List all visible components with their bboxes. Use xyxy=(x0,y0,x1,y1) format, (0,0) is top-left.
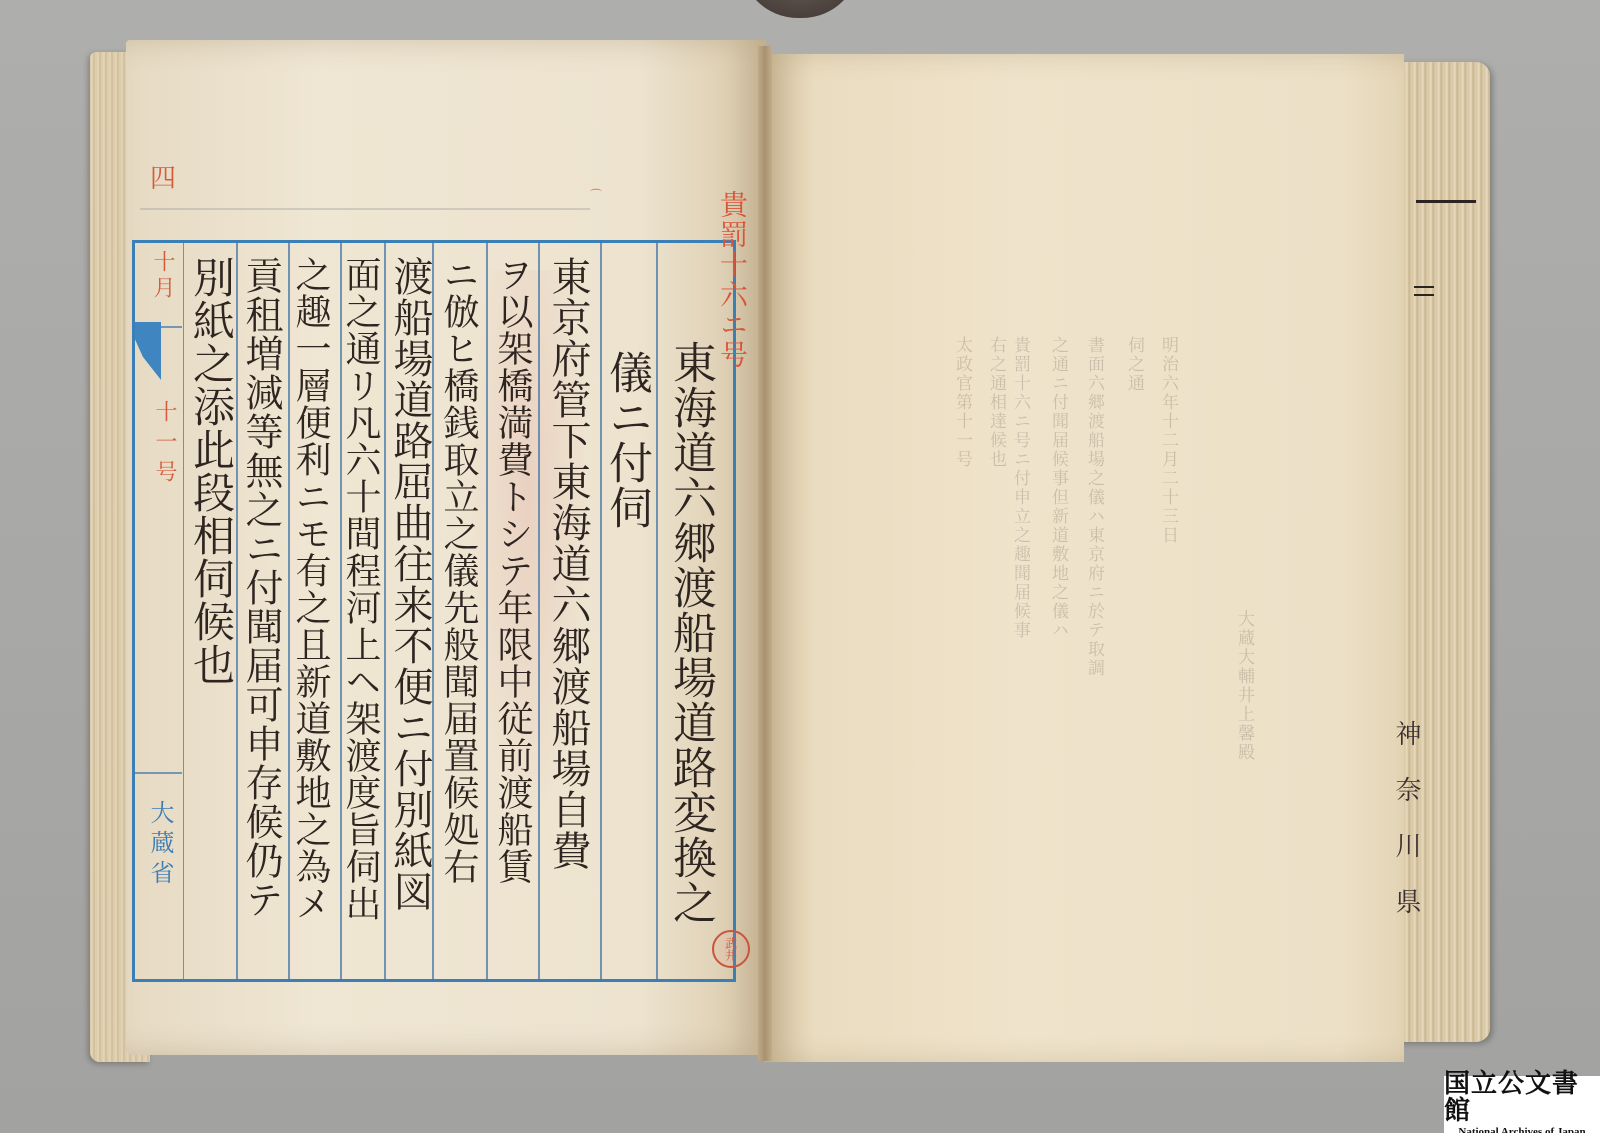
column-rule xyxy=(236,240,238,982)
manuscript-column-5: ニ倣ヒ橋銭取立之儀先般聞届置候処右 xyxy=(440,256,476,885)
manuscript-column-8: 之趣一層便利ニモ有之且新道敷地之為メ xyxy=(292,256,328,922)
fore-edge-mark xyxy=(1414,294,1434,296)
faint-header-rule xyxy=(140,208,590,210)
column-rule xyxy=(486,240,488,982)
manuscript-column-2: 儀ニ付伺 xyxy=(604,350,648,530)
column-rule xyxy=(656,240,658,982)
page-number: 四 xyxy=(150,158,178,195)
manuscript-column-3: 東京府管下東海道六郷渡船場自費 xyxy=(548,256,588,871)
fore-edge-mark xyxy=(1414,286,1434,288)
manuscript-column-4: ヲ以架橋満費トシテ年限中従前渡船賃 xyxy=(494,256,530,885)
ghost-text-column: 之通ニ付聞届候事但新道敷地之儀ハ xyxy=(1046,336,1071,640)
fore-edge-label: 神奈川県 xyxy=(1388,720,1425,944)
photo-stage: 四 ⌒ 十月 十一号 大蔵省 東海道六郷渡船場道路変換之 儀ニ付伺 東京府管下東… xyxy=(0,0,1600,1133)
manuscript-column-6: 渡船場道路屈曲往来不便ニ付別紙図 xyxy=(390,256,430,912)
fore-edge-mark xyxy=(1416,200,1476,203)
ghost-text-column: 貴罰十六ニ号ニ付申立之趣聞届候事 xyxy=(1008,336,1033,640)
manuscript-column-1: 東海道六郷渡船場道路変換之 xyxy=(668,340,712,925)
column-rule xyxy=(538,240,540,982)
ghost-text-column: 太政官第十一号 xyxy=(950,336,975,469)
margin-ministry-label: 大蔵省 xyxy=(144,800,178,890)
red-mark: ⌒ xyxy=(590,186,602,203)
ghost-text-column: 明治六年十二月二十三日 xyxy=(1156,336,1181,545)
archive-watermark: 国立公文書館 National Archives of Japan xyxy=(1444,1076,1600,1133)
ghost-text-column: 右之通相達候也 xyxy=(984,336,1009,469)
column-rule xyxy=(384,240,386,982)
manuscript-column-7: 面之通リ凡六十間程河上ヘ架渡度旨伺出 xyxy=(342,256,378,922)
margin-month: 十月 xyxy=(138,250,178,302)
ghost-text-column: 大蔵大輔井上馨殿 xyxy=(1232,610,1257,762)
ghost-text-column: 伺之通 xyxy=(1122,336,1147,393)
margin-divider xyxy=(134,772,182,774)
ghost-text-column: 書面六郷渡船場之儀ハ東京府ニ於テ取調 xyxy=(1082,336,1107,678)
watermark-english: National Archives of Japan xyxy=(1458,1126,1585,1133)
personal-seal-stamp: 武井 xyxy=(712,930,750,968)
red-ink-annotation: 貴罰十六ニ号 xyxy=(712,190,752,370)
manuscript-column-9: 貢租増減等無之ニ付聞届可申存候仍テ xyxy=(242,256,280,919)
watermark-japanese: 国立公文書館 xyxy=(1444,1071,1600,1126)
book-gutter xyxy=(758,46,772,1061)
dark-object-top-edge xyxy=(740,0,860,18)
margin-document-number: 十一号 xyxy=(140,400,180,490)
manuscript-column-10: 別紙之添此段相伺候也 xyxy=(190,256,232,686)
